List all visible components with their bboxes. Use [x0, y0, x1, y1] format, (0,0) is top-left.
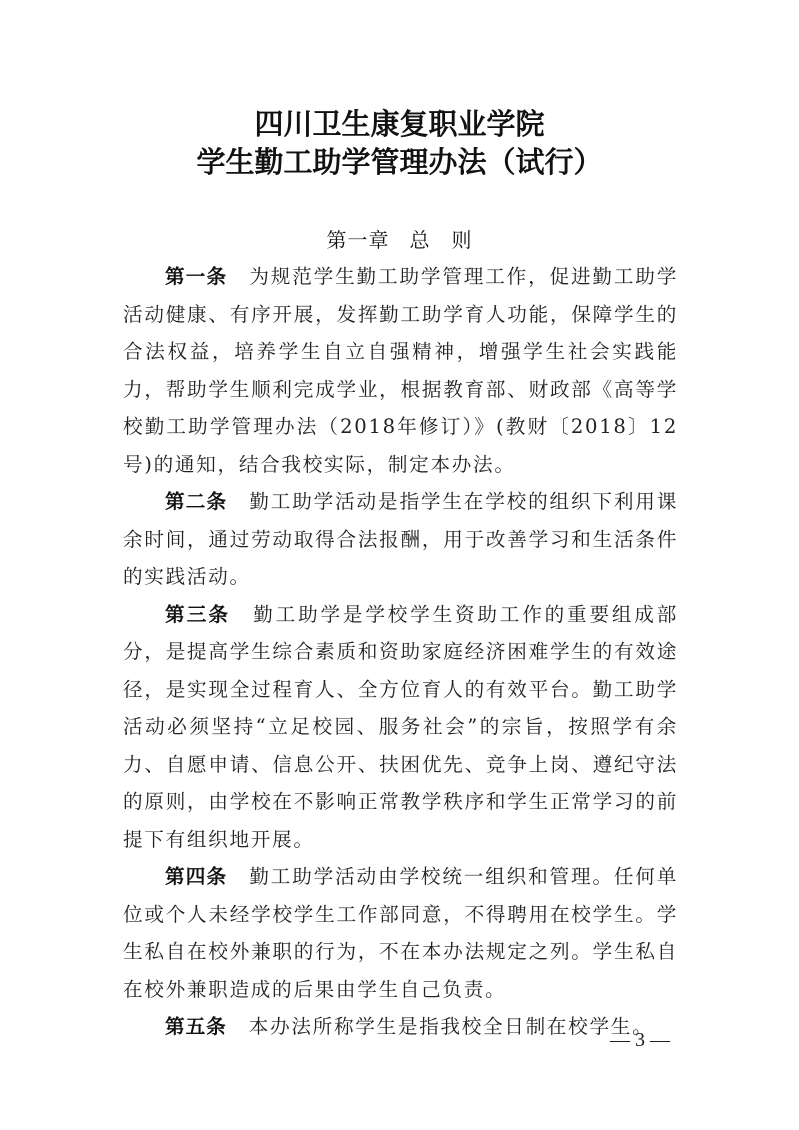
document-body: 第一条为规范学生勤工助学管理工作，促进勤工助学活动健康、有序开展，发挥勤工助学育…: [123, 258, 678, 1046]
chapter-number: 第一章: [327, 228, 390, 252]
article-label: 第五条: [165, 1015, 227, 1038]
chapter-name: 总 则: [410, 228, 473, 252]
article-text: 勤工助学是学校学生资助工作的重要组成部分，是提高学生综合素质和资助家庭经济困难学…: [123, 603, 678, 851]
page-number: — 3 —: [600, 1022, 680, 1058]
article-2: 第二条勤工助学活动是指学生在学校的组织下利用课余时间，通过劳动取得合法报酬，用于…: [123, 483, 678, 596]
article-1: 第一条为规范学生勤工助学管理工作，促进勤工助学活动健康、有序开展，发挥勤工助学育…: [123, 258, 678, 483]
article-label: 第二条: [165, 490, 227, 513]
article-label: 第一条: [165, 265, 227, 288]
article-text: 本办法所称学生是指我校全日制在校学生。: [249, 1015, 654, 1038]
article-3: 第三条勤工助学是学校学生资助工作的重要组成部分，是提高学生综合素质和资助家庭经济…: [123, 596, 678, 859]
article-4: 第四条勤工助学活动由学校统一组织和管理。任何单位或个人未经学校学生工作部同意，不…: [123, 858, 678, 1008]
article-text: 为规范学生勤工助学管理工作，促进勤工助学活动健康、有序开展，发挥勤工助学育人功能…: [123, 265, 678, 476]
document-title-institution: 四川卫生康复职业学院: [0, 105, 799, 143]
article-5: 第五条本办法所称学生是指我校全日制在校学生。: [123, 1008, 678, 1046]
document-page: 四川卫生康复职业学院 学生勤工助学管理办法（试行） 第一章总 则 第一条为规范学…: [0, 0, 799, 1130]
article-label: 第三条: [165, 603, 230, 626]
article-label: 第四条: [165, 865, 227, 888]
document-title-regulation: 学生勤工助学管理办法（试行）: [0, 143, 799, 181]
chapter-heading: 第一章总 则: [0, 222, 799, 258]
